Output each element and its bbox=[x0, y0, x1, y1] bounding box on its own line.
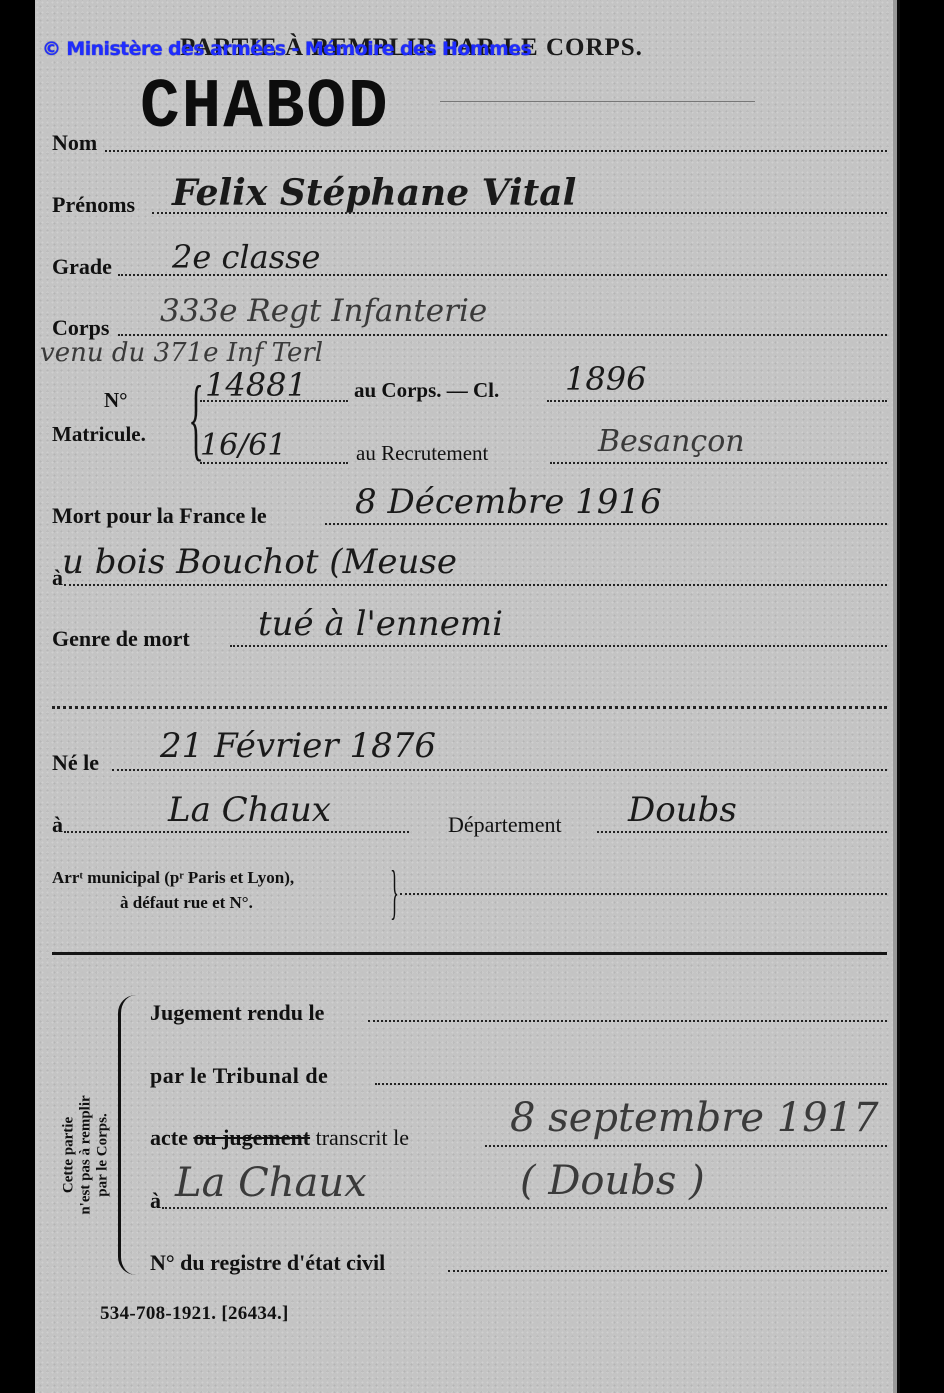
corps-line bbox=[118, 334, 887, 336]
departement-label: Département bbox=[448, 812, 562, 838]
classe-line bbox=[547, 400, 887, 402]
arrondissement-label-2: à défaut rue et N°. bbox=[120, 893, 253, 913]
side-note-line-1: Cette partie bbox=[61, 1095, 78, 1214]
genre-mort-label: Genre de mort bbox=[52, 626, 190, 652]
matricule-recrutement-value: 16/61 bbox=[200, 428, 286, 463]
side-note-line-2: n'est pas à remplir bbox=[78, 1095, 95, 1214]
tribunal-line bbox=[375, 1083, 887, 1085]
departement-line bbox=[597, 831, 887, 833]
arrondissement-label-1: Arrᵗ municipal (pʳ Paris et Lyon), bbox=[52, 868, 294, 888]
tribunal-label: par le Tribunal de bbox=[150, 1063, 328, 1089]
registre-line bbox=[448, 1270, 887, 1272]
lieu-transcription-value: La Chaux bbox=[175, 1160, 367, 1206]
recrutement-lieu-value: Besançon bbox=[598, 424, 745, 459]
prenoms-label: Prénoms bbox=[52, 192, 135, 218]
classe-value: 1896 bbox=[565, 360, 646, 398]
side-note-line-3: par le Corps. bbox=[95, 1095, 112, 1214]
prenoms-value: Felix Stéphane Vital bbox=[172, 172, 576, 214]
nom-line bbox=[105, 150, 887, 152]
corps-annotation: venu du 371e Inf Terl bbox=[40, 338, 323, 368]
recrutement-label: au Recrutement bbox=[356, 441, 488, 466]
header-underline bbox=[440, 101, 755, 102]
lieu-mort-value: u bois Bouchot (Meuse bbox=[62, 542, 457, 582]
transcrit-line bbox=[485, 1145, 887, 1147]
naissance-line bbox=[112, 769, 887, 771]
arrondissement-line bbox=[400, 893, 887, 895]
separator-dotted bbox=[52, 706, 887, 709]
transcrit-suffix: transcrit le bbox=[316, 1125, 409, 1150]
lieu-transcription-dept: ( Doubs ) bbox=[520, 1158, 705, 1204]
matricule-label: Matricule. bbox=[52, 422, 146, 447]
matricule-corps-label: au Corps. — Cl. bbox=[354, 378, 499, 403]
nom-label: Nom bbox=[52, 130, 97, 156]
section-divider bbox=[52, 952, 887, 955]
lieu-naissance-line bbox=[64, 831, 409, 833]
mort-line bbox=[325, 523, 887, 525]
transcrit-struck: ou jugement bbox=[193, 1125, 310, 1150]
naissance-label: Né le bbox=[52, 750, 99, 776]
genre-mort-line bbox=[230, 645, 887, 647]
departement-value: Doubs bbox=[628, 790, 737, 830]
naissance-value: 21 Février 1876 bbox=[160, 726, 436, 766]
jugement-label: Jugement rendu le bbox=[150, 1000, 324, 1026]
card-border-line bbox=[897, 0, 900, 1393]
mort-label: Mort pour la France le bbox=[52, 503, 267, 529]
copyright-watermark: © Ministère des armées - Mémoire des Hom… bbox=[42, 38, 531, 60]
transcrit-label: acte ou jugement transcrit le bbox=[150, 1125, 409, 1151]
matricule-no-label: N° bbox=[104, 388, 128, 413]
jugement-line bbox=[368, 1020, 887, 1022]
lieu-naissance-value: La Chaux bbox=[168, 790, 331, 830]
lieu-transcription-line bbox=[162, 1207, 887, 1209]
lieu-mort-line bbox=[64, 584, 887, 586]
nom-value: CHABOD bbox=[140, 68, 390, 147]
side-note-brace bbox=[118, 995, 139, 1275]
registre-label: N° du registre d'état civil bbox=[150, 1250, 385, 1276]
transcrit-prefix: acte bbox=[150, 1125, 188, 1150]
genre-mort-value: tué à l'ennemi bbox=[258, 604, 503, 644]
print-reference: 534-708-1921. [26434.] bbox=[100, 1303, 289, 1325]
lieu-naissance-label: à bbox=[52, 812, 63, 838]
grade-value: 2e classe bbox=[172, 238, 320, 276]
recrutement-lieu-line bbox=[550, 462, 887, 464]
mort-value: 8 Décembre 1916 bbox=[355, 482, 662, 522]
transcrit-value: 8 septembre 1917 bbox=[510, 1095, 879, 1141]
grade-label: Grade bbox=[52, 254, 112, 280]
corps-value: 333e Regt Infanterie bbox=[160, 293, 487, 329]
arrondissement-brace: } bbox=[390, 862, 399, 922]
lieu-transcription-label: à bbox=[150, 1188, 161, 1214]
matricule-corps-value: 14881 bbox=[205, 366, 307, 404]
